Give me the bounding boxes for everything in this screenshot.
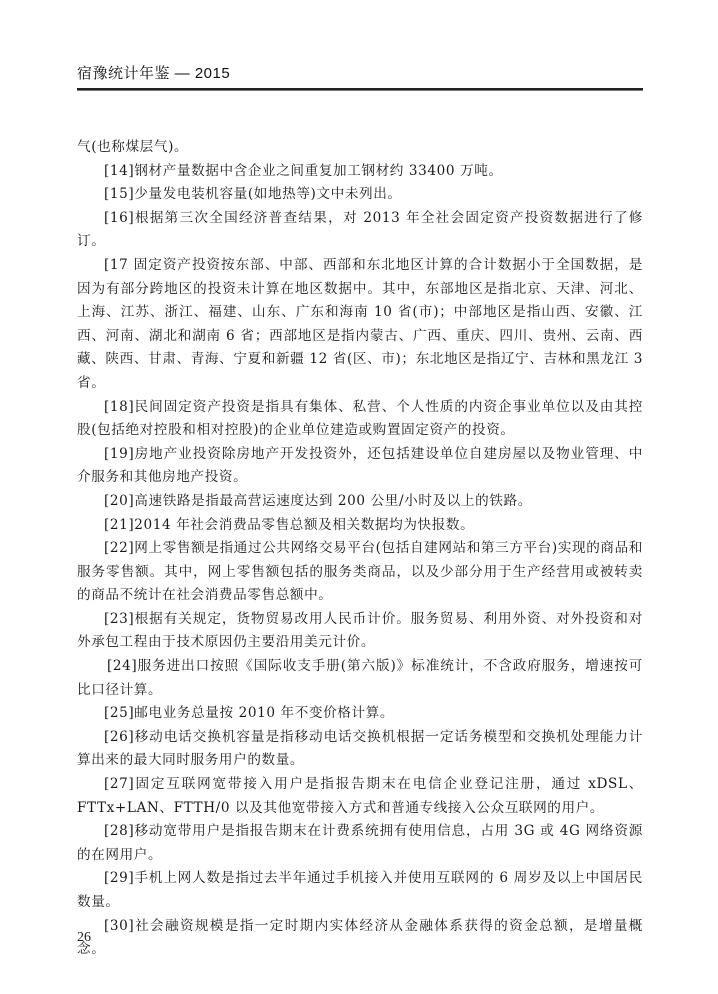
note-21: [21]2014 年社会消费品零售总额及相关数据均为快报数。 xyxy=(77,514,643,538)
note-16: [16]根据第三次全国经济普查结果，对 2013 年全社会固定资产投资数据进行了… xyxy=(77,207,643,254)
note-17: [17 固定资产投资按东部、中部、西部和东北地区计算的合计数据小于全国数据，是因… xyxy=(77,254,643,396)
note-24: [24]服务进出口按照《国际收支手册(第六版)》标准统计，不含政府服务，增速按可… xyxy=(77,655,643,702)
note-29: [29]手机上网人数是指过去半年通过手机接入并使用互联网的 6 周岁及以上中国居… xyxy=(77,867,643,914)
note-14: [14]钢材产量数据中含企业之间重复加工钢材约 33400 万吨。 xyxy=(77,160,643,184)
note-22: [22]网上零售额是指通过公共网络交易平台(包括自建网站和第三方平台)实现的商品… xyxy=(77,537,643,608)
note-18: [18]民间固定资产投资是指具有集体、私营、个人性质的内资企事业单位以及由其控股… xyxy=(77,396,643,443)
note-28: [28]移动宽带用户是指报告期末在计费系统拥有使用信息，占用 3G 或 4G 网… xyxy=(77,820,643,867)
running-header-title: 宿豫统计年鉴 — 2015 xyxy=(77,64,643,86)
note-continuation: 气(也称煤层气)。 xyxy=(77,136,643,160)
note-23: [23]根据有关规定，货物贸易改用人民币计价。服务贸易、利用外资、对外投资和对外… xyxy=(77,608,643,655)
note-25: [25]邮电业务总量按 2010 年不变价格计算。 xyxy=(77,702,643,726)
note-26: [26]移动电话交换机容量是指移动电话交换机根据一定话务模型和交换机处理能力计算… xyxy=(77,726,643,773)
note-20: [20]高速铁路是指最高营运速度达到 200 公里/小时及以上的铁路。 xyxy=(77,490,643,514)
note-19: [19]房地产业投资除房地产开发投资外，还包括建设单位自建房屋以及物业管理、中介… xyxy=(77,443,643,490)
notes-body: 气(也称煤层气)。 [14]钢材产量数据中含企业之间重复加工钢材约 33400 … xyxy=(77,136,643,962)
note-30: [30]社会融资规模是指一定时期内实体经济从金融体系获得的资金总额，是增量概念。 xyxy=(77,915,643,962)
page-number: 26 xyxy=(77,930,91,946)
note-27: [27]固定互联网宽带接入用户是指报告期末在电信企业登记注册，通过 xDSL、F… xyxy=(77,773,643,820)
header-rule-divider xyxy=(77,88,643,91)
page-header: 宿豫统计年鉴 — 2015 xyxy=(77,64,643,91)
note-15: [15]少量发电装机容量(如地热等)文中未列出。 xyxy=(77,183,643,207)
